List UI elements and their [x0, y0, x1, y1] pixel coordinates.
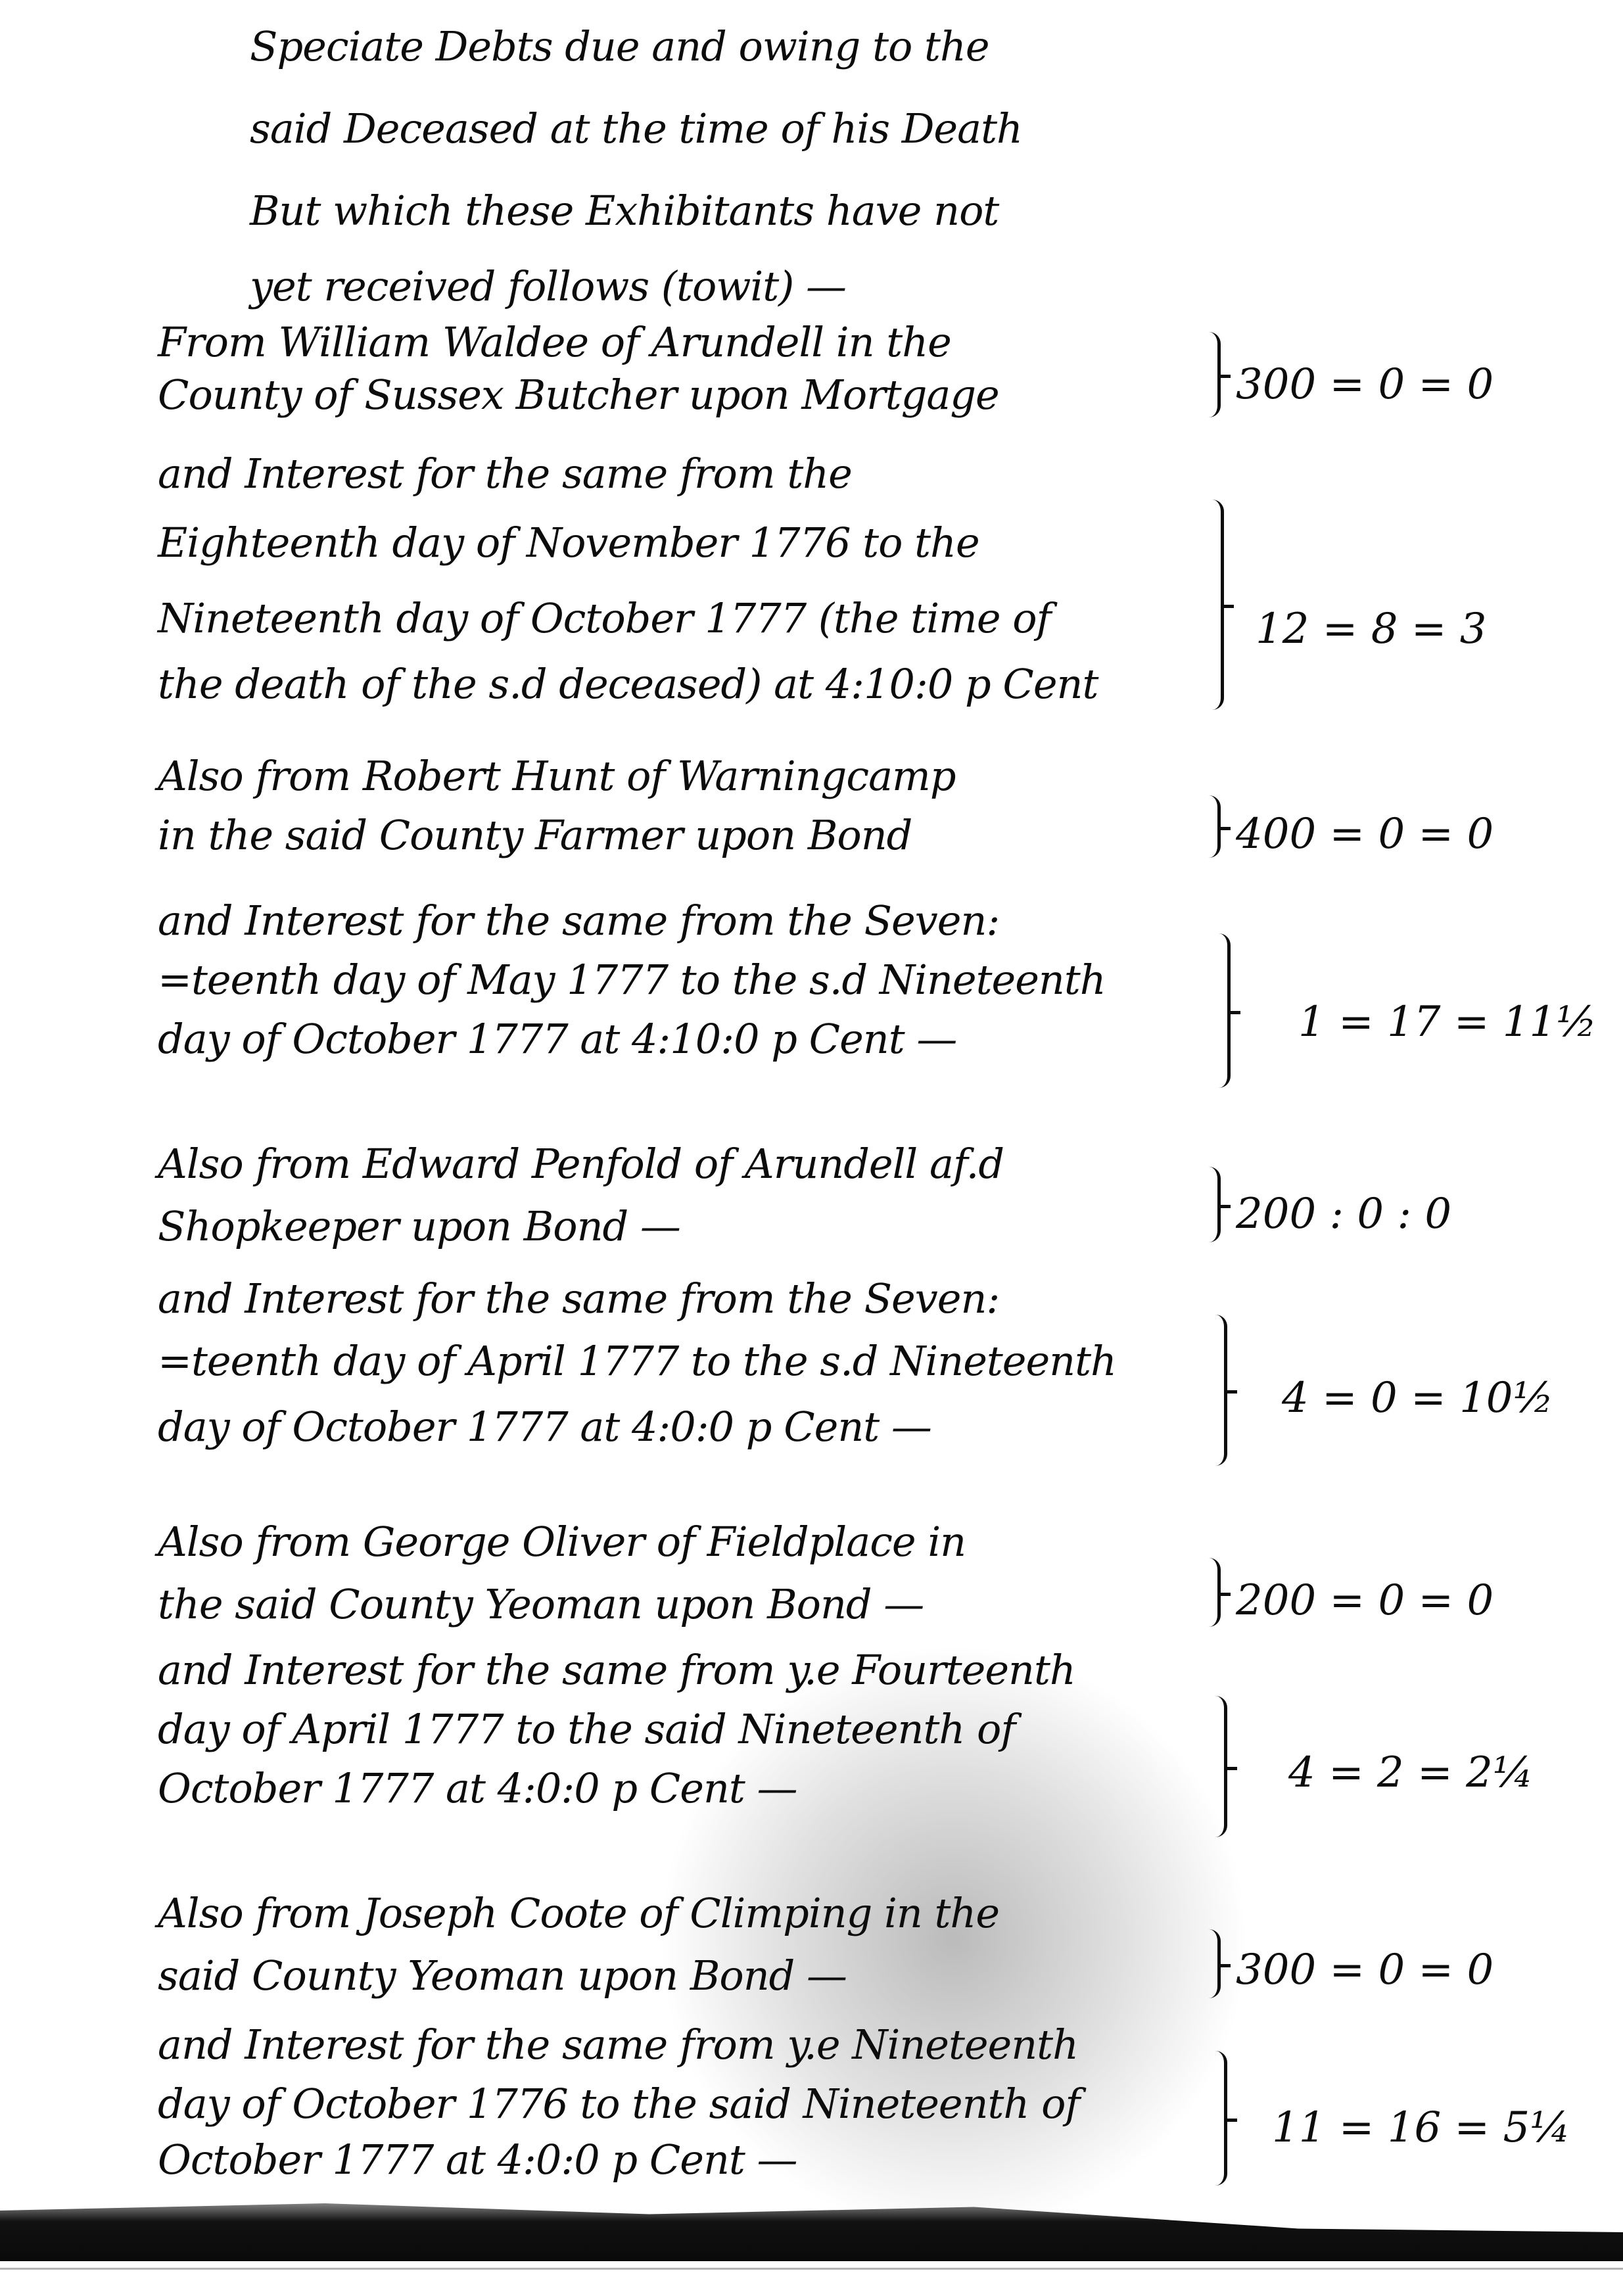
interest-line: and Interest for the same from y.e Ninet… — [158, 2025, 1078, 2065]
heading-line: said Deceased at the time of his Death — [250, 108, 1022, 149]
principal-line: Also from Robert Hunt of Warningcamp — [158, 756, 956, 797]
principal-amount: 200 = 0 = 0 — [1236, 1576, 1494, 1625]
principal-amount: 200 : 0 : 0 — [1236, 1190, 1451, 1238]
principal-line: County of Sussex Butcher upon Mortgage — [158, 375, 999, 415]
interest-line: and Interest for the same from the Seven… — [158, 901, 999, 941]
interest-line: day of April 1777 to the said Nineteenth… — [158, 1709, 1015, 1750]
bracket — [1206, 500, 1224, 710]
principal-line: Also from Edward Penfold of Arundell af.… — [158, 1144, 1004, 1184]
interest-line: day of October 1777 at 4:0:0 p Cent — — [158, 1407, 931, 1447]
scan-dark-edge — [0, 2189, 1623, 2261]
principal-line: in the said County Farmer upon Bond — [158, 815, 912, 856]
principal-amount: 300 = 0 = 0 — [1236, 360, 1494, 409]
interest-amount: 12 = 8 = 3 — [1256, 605, 1487, 653]
principal-amount: 300 = 0 = 0 — [1236, 1946, 1494, 1994]
bracket — [1210, 1696, 1227, 1837]
scanned-document-page: Speciate Debts due and owing to the said… — [0, 0, 1623, 2296]
interest-line: Eighteenth day of November 1776 to the — [158, 523, 979, 563]
principal-line: Shopkeeper upon Bond — — [158, 1206, 680, 1247]
bracket — [1203, 1929, 1221, 1998]
interest-line: and Interest for the same from the Seven… — [158, 1278, 999, 1319]
heading-line: Speciate Debts due and owing to the — [250, 26, 989, 67]
bracket — [1210, 1315, 1227, 1466]
heading-line: yet received follows (towit) — — [250, 266, 846, 307]
bracket — [1213, 933, 1231, 1088]
interest-line: =teenth day of May 1777 to the s.d Ninet… — [158, 960, 1106, 1000]
heading-line: But which these Exhibitants have not — [250, 191, 999, 231]
interest-line: and Interest for the same from the — [158, 454, 852, 494]
bracket — [1203, 1167, 1221, 1242]
interest-amount: 4 = 2 = 2¼ — [1288, 1748, 1534, 1797]
interest-amount: 11 = 16 = 5¼ — [1272, 2103, 1570, 2152]
interest-amount: 1 = 17 = 11½ — [1298, 998, 1597, 1046]
principal-line: From William Waldee of Arundell in the — [158, 322, 951, 363]
interest-line: the death of the s.d deceased) at 4:10:0… — [158, 664, 1098, 705]
scan-page-edge — [0, 2268, 1623, 2270]
principal-line: Also from George Oliver of Fieldplace in — [158, 1522, 966, 1562]
bracket — [1210, 2051, 1227, 2186]
principal-amount: 400 = 0 = 0 — [1236, 810, 1494, 858]
principal-line: Also from Joseph Coote of Climping in th… — [158, 1893, 999, 1934]
bracket — [1203, 332, 1221, 417]
interest-line: day of October 1776 to the said Nineteen… — [158, 2084, 1079, 2124]
interest-amount: 4 = 0 = 10½ — [1282, 1374, 1554, 1422]
interest-line: October 1777 at 4:0:0 p Cent — — [158, 2140, 797, 2180]
interest-line: day of October 1777 at 4:10:0 p Cent — — [158, 1019, 956, 1060]
bracket — [1203, 1558, 1221, 1627]
interest-line: October 1777 at 4:0:0 p Cent — — [158, 1768, 797, 1809]
interest-line: Nineteenth day of October 1777 (the time… — [158, 598, 1051, 639]
principal-line: the said County Yeoman upon Bond — — [158, 1584, 924, 1625]
principal-line: said County Yeoman upon Bond — — [158, 1956, 847, 1996]
interest-line: =teenth day of April 1777 to the s.d Nin… — [158, 1341, 1116, 1382]
interest-line: and Interest for the same from y.e Fourt… — [158, 1650, 1075, 1691]
bracket — [1203, 795, 1221, 858]
